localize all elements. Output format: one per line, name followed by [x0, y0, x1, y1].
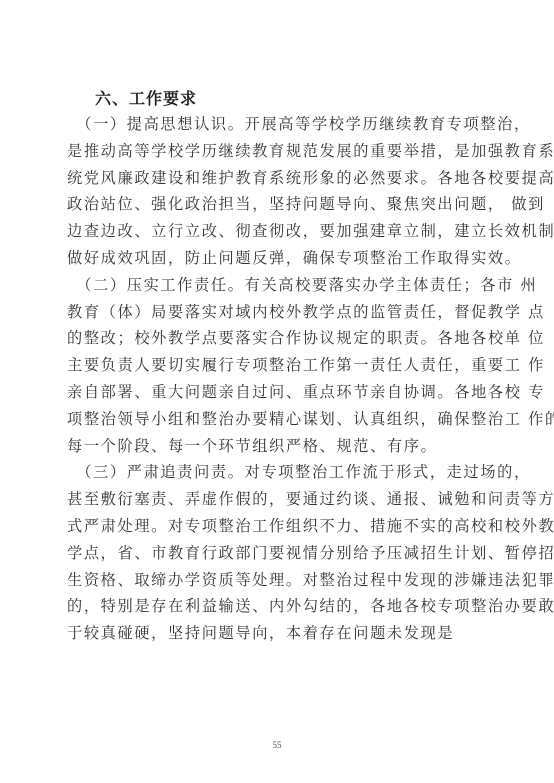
page-number: 55: [0, 740, 554, 750]
document-page: 六、工作要求 （一）提高思想认识。开展高等学校学历继续教育专项整治， 是推动高等…: [0, 0, 554, 783]
text-line: 项整治领导小组和整治办要精心谋划、认真组织，确保整治工 作的: [67, 406, 509, 433]
text-line: 的，特别是存在利益输送、内外勾结的，各地各校专项整治办要敢: [67, 593, 509, 620]
text-line: 主要负责人要切实履行专项整治工作第一责任人责任，重要工 作: [67, 352, 509, 379]
text-line: 做好成效巩固，防止问题反弹，确保专项整治工作取得实效。: [67, 245, 509, 272]
body-text: （一）提高思想认识。开展高等学校学历继续教育专项整治， 是推动高等学校学历继续教…: [67, 111, 509, 647]
text-line: 是推动高等学校学历继续教育规范发展的重要举措，是加强教育系: [67, 138, 509, 165]
text-line: 的整改；校外教学点要落实合作协议规定的职责。各地各校单 位: [67, 325, 509, 352]
text-line: （二）压实工作责任。有关高校要落实办学主体责任；各市 州: [67, 272, 509, 299]
text-line: 亲自部署、重大问题亲自过问、重点环节亲自协调。各地各校 专: [67, 379, 509, 406]
text-line: （三）严肃追责问责。对专项整治工作流于形式，走过场的，: [67, 459, 509, 486]
text-line: 生资格、取缔办学资质等处理。对整治过程中发现的涉嫌违法犯罪: [67, 567, 509, 594]
text-line: 甚至敷衍塞责、弄虚作假的，要通过约谈、通报、诫勉和问责等方: [67, 486, 509, 513]
text-line: 学点，省、市教育行政部门要视情分别给予压减招生计划、暂停招: [67, 540, 509, 567]
text-line: 边查边改、立行立改、彻查彻改，要加强建章立制，建立长效机制，: [67, 218, 509, 245]
text-line: （一）提高思想认识。开展高等学校学历继续教育专项整治，: [67, 111, 509, 138]
text-line: 政治站位、强化政治担当，坚持问题导向、聚焦突出问题， 做到: [67, 191, 509, 218]
text-line: 于较真碰硬，坚持问题导向，本着存在问题未发现是: [67, 620, 509, 647]
text-line: 统党风廉政建设和维护教育系统形象的必然要求。各地各校要提高: [67, 165, 509, 192]
text-line: 教育（体）局要落实对域内校外教学点的监管责任，督促教学 点: [67, 299, 509, 326]
section-heading: 六、工作要求: [95, 86, 197, 109]
text-line: 每一个阶段、每一个环节组织严格、规范、有序。: [67, 433, 509, 460]
text-line: 式严肃处理。对专项整治工作组织不力、措施不实的高校和校外教: [67, 513, 509, 540]
